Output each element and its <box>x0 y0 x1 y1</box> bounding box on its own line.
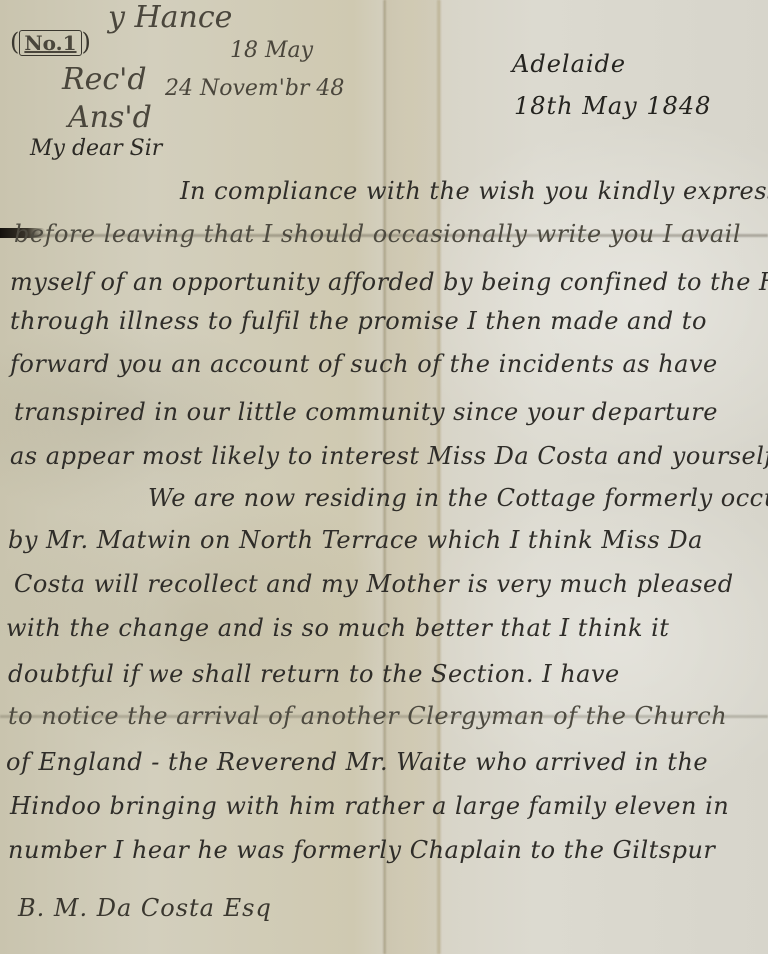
body-line: to notice the arrival of another Clergym… <box>8 702 727 730</box>
body-line: Costa will recollect and my Mother is ve… <box>14 570 734 598</box>
body-line: Hindoo bringing with him rather a large … <box>10 792 729 820</box>
body-line: forward you an account of such of the in… <box>10 350 718 378</box>
body-line: of England - the Reverend Mr. Waite who … <box>6 748 708 776</box>
answered-label: Ans'd <box>68 100 152 135</box>
received-date-annotation: 24 Novem'br 48 <box>165 76 344 101</box>
sent-date-annotation: 18 May <box>230 38 313 63</box>
body-line: number I hear he was formerly Chaplain t… <box>8 836 715 864</box>
salutation: My dear Sir <box>30 136 162 161</box>
body-line: with the change and is so much better th… <box>6 614 669 642</box>
received-label: Rec'd <box>62 62 147 97</box>
letter-number-annotation: (No.1) <box>10 28 91 56</box>
body-line: by Mr. Matwin on North Terrace which I t… <box>8 526 703 554</box>
via-annotation: y Hance <box>108 0 232 35</box>
body-line: transpired in our little community since… <box>14 398 718 426</box>
body-line: We are now residing in the Cottage forme… <box>148 484 768 512</box>
letter-page: (No.1) y Hance 18 May Rec'd 24 Novem'br … <box>0 0 768 954</box>
letter-date: 18th May 1848 <box>514 92 711 120</box>
body-line: doubtful if we shall return to the Secti… <box>8 660 620 688</box>
letter-place: Adelaide <box>512 50 626 78</box>
body-line: before leaving that I should occasionall… <box>14 220 741 248</box>
body-line: as appear most likely to interest Miss D… <box>10 442 768 470</box>
addressee: B. M. Da Costa Esq <box>18 894 272 922</box>
body-line: myself of an opportunity afforded by bei… <box>10 268 768 296</box>
body-line: through illness to fulfil the promise I … <box>10 307 707 335</box>
body-line: In compliance with the wish you kindly e… <box>180 177 768 205</box>
letter-number: No.1 <box>19 30 81 56</box>
